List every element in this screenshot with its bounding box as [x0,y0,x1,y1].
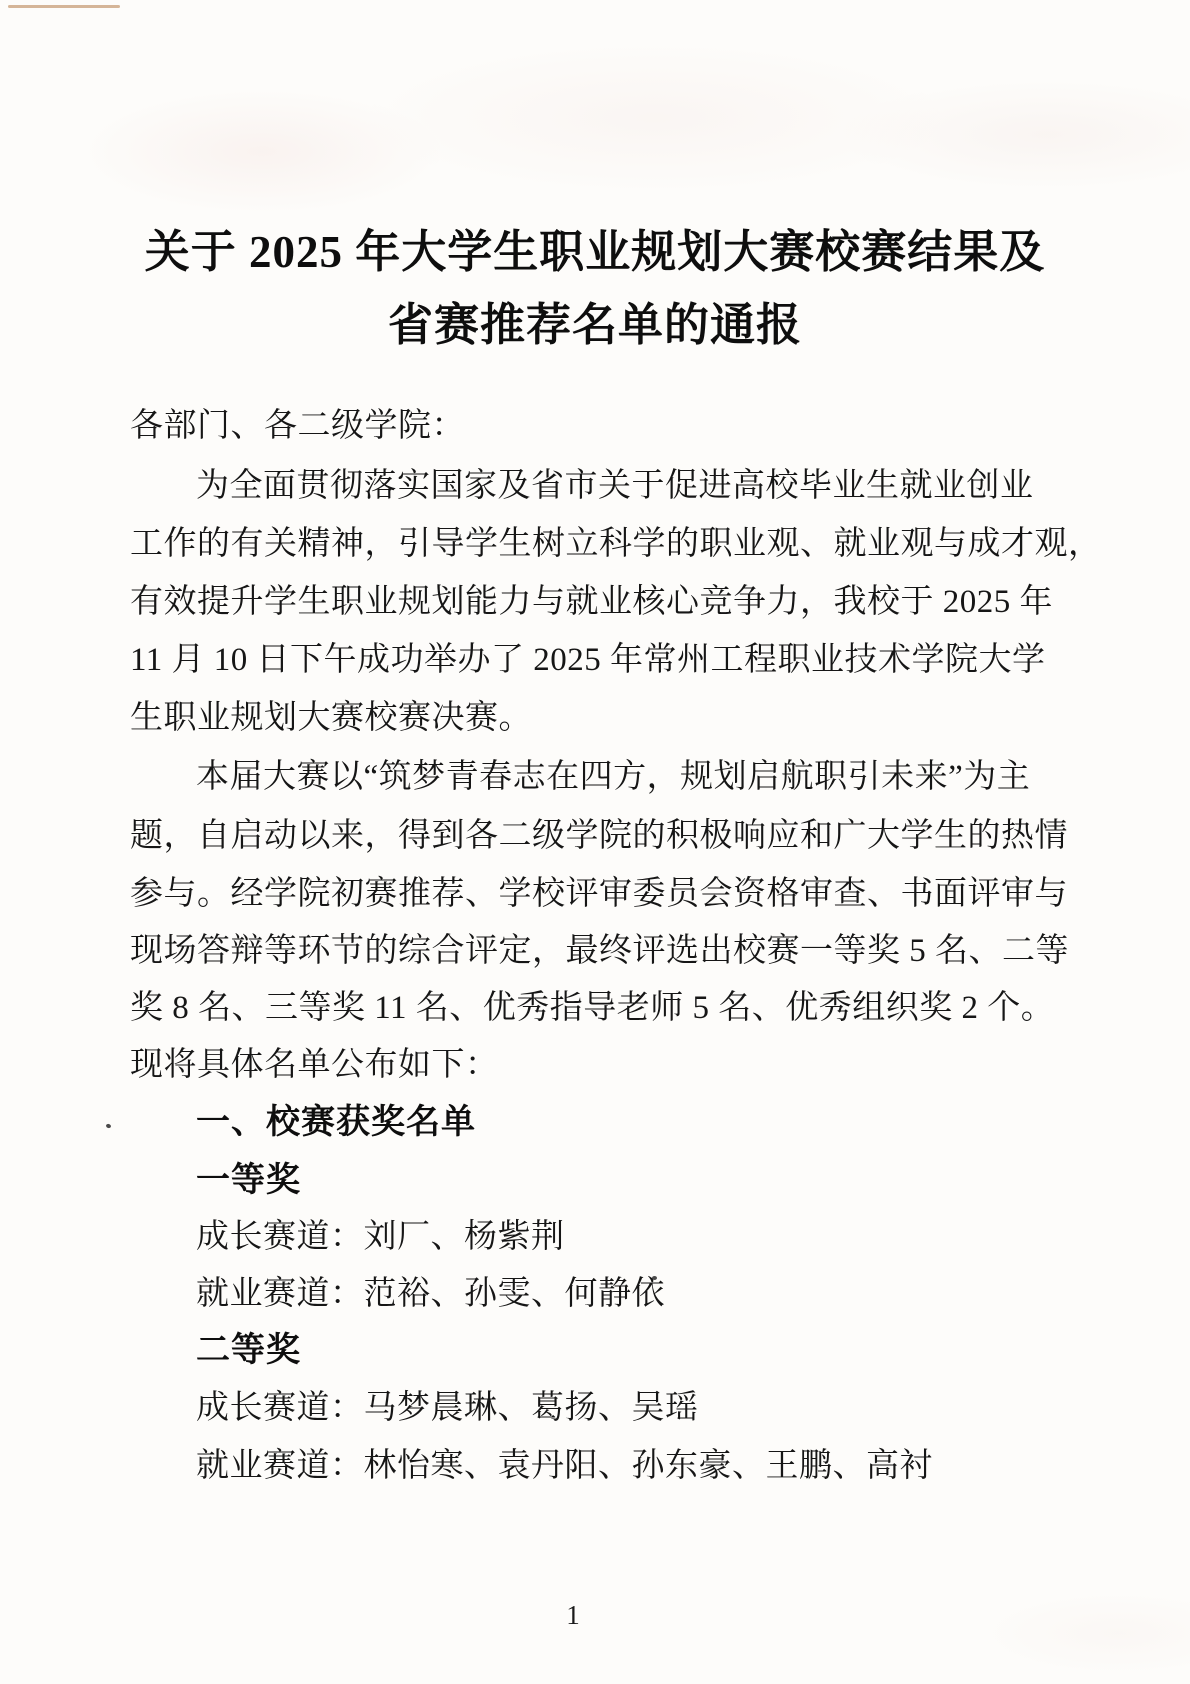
competition-paragraph-line: 奖 8 名、三等奖 11 名、优秀指导老师 5 名、优秀组织奖 2 个。 [130,988,1070,1028]
first-prize-growth-track: 成长赛道：刘厂、杨紫荆 [196,1217,1136,1257]
intro-paragraph-line: 11 月 10 日下午成功举办了 2025 年常州工程职业技术学院大学 [130,640,1070,680]
first-prize-heading: 一等奖 [196,1160,1136,1200]
competition-paragraph-line: 本届大赛以“筑梦青春志在四方，规划启航职引未来”为主 [196,757,1136,797]
notice-title-line-1: 关于 2025 年大学生职业规划大赛校赛结果及 [0,226,1190,278]
scan-edge-artifact [8,5,120,8]
notice-title-line-2: 省赛推荐名单的通报 [0,299,1190,351]
second-prize-growth-track: 成长赛道：马梦晨琳、葛扬、吴瑶 [196,1388,1136,1428]
intro-paragraph-line: 有效提升学生职业规划能力与就业核心竞争力，我校于 2025 年 [130,582,1070,622]
salutation: 各部门、各二级学院： [130,406,1070,446]
intro-paragraph-line: 为全面贯彻落实国家及省市关于促进高校毕业生就业创业 [196,466,1136,506]
competition-paragraph-line: 题，自启动以来，得到各二级学院的积极响应和广大学生的热情 [130,816,1070,856]
intro-paragraph-line: 工作的有关精神，引导学生树立科学的职业观、就业观与成才观， [130,524,1070,564]
second-prize-heading: 二等奖 [196,1330,1136,1370]
intro-paragraph-line: 生职业规划大赛校赛决赛。 [130,698,1070,738]
first-prize-employment-track: 就业赛道：范裕、孙雯、何静依 [196,1274,1136,1314]
competition-paragraph-line: 现场答辩等环节的综合评定，最终评选出校赛一等奖 5 名、二等 [130,931,1070,971]
awards-section-heading: 一、校赛获奖名单 [196,1102,1136,1142]
competition-paragraph-line: 现将具体名单公布如下： [130,1045,1070,1085]
page-number: 1 [0,1600,1146,1631]
scan-speck [105,1123,111,1128]
scanned-notice-page: 关于 2025 年大学生职业规划大赛校赛结果及 省赛推荐名单的通报 各部门、各二… [0,0,1190,1684]
competition-paragraph-line: 参与。经学院初赛推荐、学校评审委员会资格审查、书面评审与 [130,874,1070,914]
second-prize-employment-track: 就业赛道：林怡寒、袁丹阳、孙东豪、王鹏、高衬 [196,1446,1136,1486]
